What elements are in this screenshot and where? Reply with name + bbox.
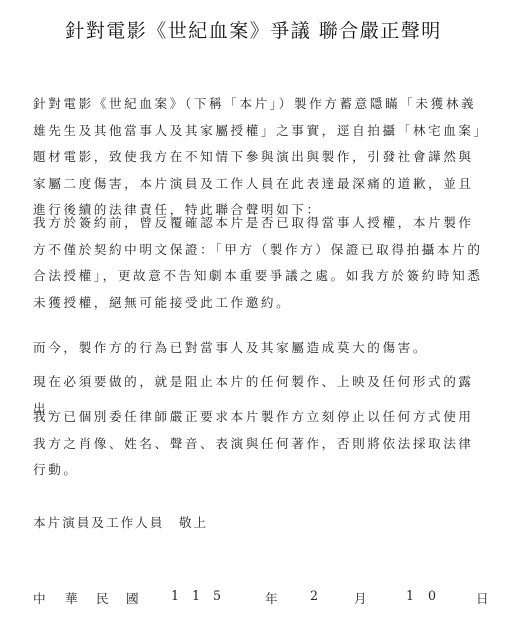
date-month: 2 <box>310 588 318 603</box>
paragraph-legal-action: 我方已個別委任律師嚴正要求本片製作方立刻停止以任何方式使用我方之肖像、姓名、聲音… <box>33 404 483 484</box>
paragraph-harm: 而今，製作方的行為已對當事人及其家屬造成莫大的傷害。 <box>33 335 483 362</box>
date-era-char: 中 <box>33 588 46 607</box>
date-era-char: 華 <box>65 588 78 607</box>
date-day-digit: 0 <box>428 588 436 603</box>
date-day-digit: 1 <box>406 588 414 603</box>
date-year-digit: 5 <box>213 588 221 603</box>
signature: 本片演員及工作人員 敬上 <box>33 512 208 531</box>
date-era-char: 國 <box>126 588 139 607</box>
date-year-label: 年 <box>265 588 278 607</box>
date-year-digit: 1 <box>171 588 179 603</box>
paragraph-intro: 針對電影《世紀血案》（下稱「本片」）製作方蓄意隱瞞「未獲林義雄先生及其他當事人及… <box>33 91 483 224</box>
date-month-label: 月 <box>354 588 367 607</box>
date-day-label: 日 <box>476 588 489 607</box>
date-era-char: 民 <box>96 588 109 607</box>
document-title: 針對電影《世紀血案》爭議 聯合嚴正聲明 <box>0 16 507 43</box>
date-year-digit: 1 <box>192 588 200 603</box>
date-line: 中 華 民 國 1 1 5 年 2 月 1 0 日 <box>0 588 507 608</box>
paragraph-contract: 我方於簽約前，曾反覆確認本片是否已取得當事人授權，本片製作方不僅於契約中明文保證… <box>33 210 483 316</box>
